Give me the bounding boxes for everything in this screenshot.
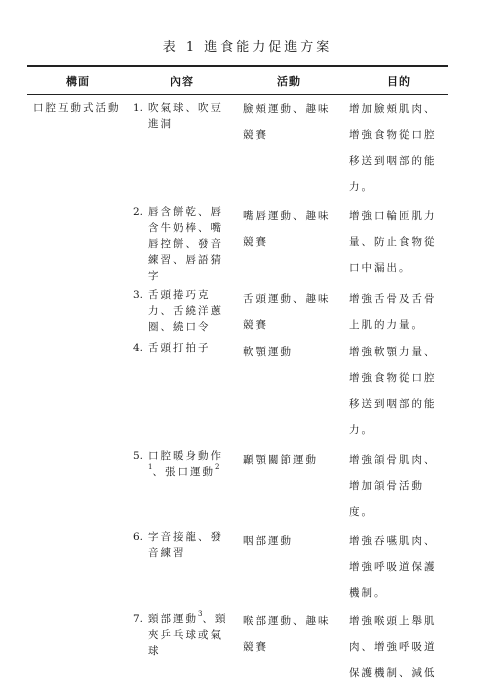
table-row-3-purpose: 增強舌骨及舌骨 上肌的力量。	[349, 286, 437, 338]
dimension-cell: 口腔互動式活動	[33, 100, 121, 115]
table-row-7-content: 7.頸部運動3、頸 夾乒乓球或氣 球	[133, 611, 227, 659]
header-activity: 活動	[277, 73, 301, 89]
table-row-6-content: 6.字音接龍、發 音練習	[133, 529, 223, 561]
table-row-5-activity: 顳顎關節運動	[243, 447, 318, 473]
table-row-1-purpose: 增加臉頰肌肉、 增強食物從口腔 移送到咽部的能 力。	[349, 96, 437, 200]
table-row-4-purpose: 增強軟顎力量、 增強食物從口腔 移送到咽部的能 力。	[349, 339, 437, 443]
table-header-rule	[27, 94, 448, 95]
table-row-2-activity: 嘴唇運動、趣味 競賽	[243, 203, 331, 255]
table-row-2-content: 2.唇含餅乾、唇 含牛奶棒、嘴 唇控餅、發音 練習、唇語猜 字	[133, 204, 223, 284]
row-number: 1.	[133, 100, 148, 116]
table-row-2-purpose: 增強口輪匝肌力 量、防止食物從 口中漏出。	[349, 203, 437, 281]
table-row-1-activity: 臉頰運動、趣味 競賽	[243, 96, 331, 148]
table-title: 表 1 進食能力促進方案	[0, 36, 495, 55]
table-row-5-content: 5.口腔暖身動作 1、張口運動2	[133, 448, 223, 480]
table-row-3-activity: 舌頭運動、趣味 競賽	[243, 286, 331, 338]
table-row-3-content: 3.舌頭捲巧克 力、舌繞洋蔥 圈、繞口令	[133, 287, 223, 335]
table-top-rule	[27, 65, 448, 67]
header-content: 內容	[170, 73, 194, 89]
table-row-5-purpose: 增強頜骨肌肉、 增加頜骨活動 度。	[349, 447, 437, 525]
table-row-4-content: 4.舌頭打拍子	[133, 340, 211, 356]
table-row-4-activity: 軟顎運動	[243, 339, 293, 365]
table-row-6-activity: 咽部運動	[243, 528, 293, 554]
table-row-6-purpose: 增強吞嚥肌肉、 增強呼吸道保護 機制。	[349, 528, 437, 606]
table-row-1-content: 1.吹氣球、吹豆 進洞	[133, 100, 223, 132]
table-row-7-activity: 喉部運動、趣味 競賽	[243, 608, 331, 660]
header-purpose: 目的	[387, 73, 411, 89]
table-row-7-purpose: 增強喉頭上舉肌 肉、增強呼吸道 保護機制、減低	[349, 608, 437, 686]
header-dimension: 構面	[66, 73, 90, 89]
